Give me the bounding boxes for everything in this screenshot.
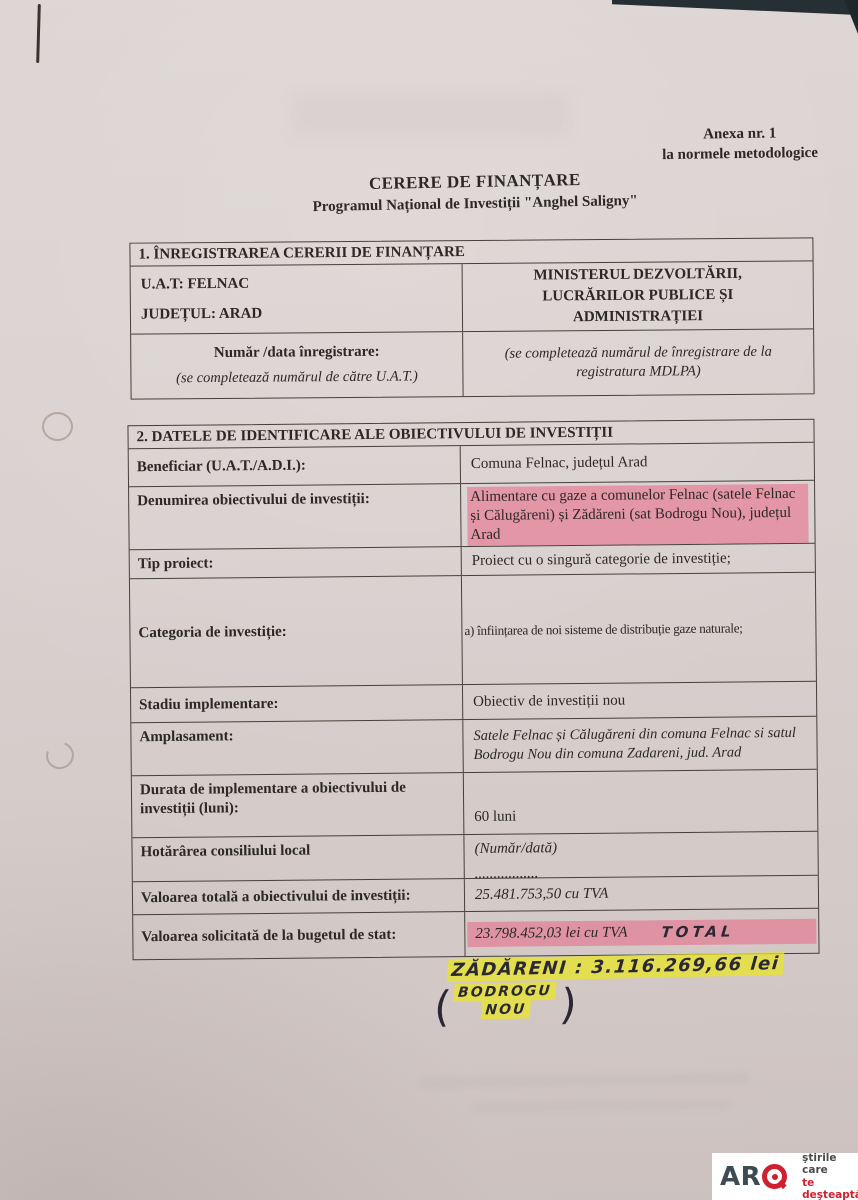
table-row-categoria: Categoria de investiție: a) înființarea … [130,573,816,689]
annex-line-2: la normele metodologice [662,143,818,165]
row-value: Obiectiv de investiții nou [463,682,816,719]
judet-value: JUDEȚUL: ARAD [141,304,262,324]
mdlpa-note: (se completează numărul de înregistrare … [483,342,793,382]
photo-edge-strip [612,0,858,15]
punch-hole [42,412,73,441]
handwritten-parenthetical: ( BODROGU NOU ) [434,975,839,1031]
open-paren: ( [432,983,452,1031]
row-value: 25.481.753,50 cu TVA [465,876,818,911]
row-label: Beneficiar (U.A.T./A.D.I.): [129,446,461,486]
q-tail [778,1180,787,1189]
table-row: U.A.T: FELNAC JUDEȚUL: ARAD MINISTERUL D… [131,261,814,334]
tagline-line-1: ştirile care [802,1152,858,1177]
handwritten-village-name: BODROGU NOU [454,983,556,1019]
row-label: Durata de implementare a obiectivului de… [132,773,465,837]
handwritten-word-nou: NOU [480,1001,530,1018]
row-value: Proiect cu o singură categorie de invest… [462,544,815,575]
arq-watermark: AR ştirile care te deşteaptă [712,1153,858,1200]
ministry-cell: MINISTERUL DEZVOLTĂRII, LUCRĂRILOR PUBLI… [463,261,814,331]
arq-brand-text: AR [720,1162,761,1192]
pen-mark [36,4,41,63]
tagline-line-2: te deşteaptă [802,1177,858,1200]
highlighted-project-name: Alimentare cu gaze a comunelor Felnac (s… [467,484,809,546]
handwritten-total-annotation: TOTAL [661,922,736,942]
uat-cell: U.A.T: FELNAC JUDEȚUL: ARAD [131,264,464,334]
arq-tagline: ştirile care te deşteaptă [802,1152,858,1200]
registration-number-cell: Număr /data înregistrare: (se completeaz… [131,332,463,399]
scanned-document-photo: Anexa nr. 1 la normele metodologice CERE… [0,0,858,1200]
arq-brand: AR [720,1162,787,1192]
bleed-through-smudge [470,1100,730,1113]
annex-label: Anexa nr. 1 la normele metodologice [662,123,818,165]
table-row-amplasament: Amplasament: Satele Felnac și Călugăreni… [131,717,816,777]
row-label: Stadiu implementare: [131,685,463,722]
uat-value: U.A.T: FELNAC [141,275,250,295]
mdlpa-registration-cell: (se completează numărul de înregistrare … [463,329,813,396]
bleed-through-smudge [420,1073,750,1088]
table-row-valoare-solicitata: Valoarea solicitată de la bugetul de sta… [133,909,818,960]
row-value: Comuna Felnac, județul Arad [461,443,814,483]
handwritten-word-bodrogu: BODROGU [454,983,557,1001]
table-row-denumire: Denumirea obiectivului de investiții: Al… [129,481,815,551]
ministry-name: MINISTERUL DEZVOLTĂRII, LUCRĂRILOR PUBLI… [473,261,804,331]
punch-hole [42,737,79,773]
document-title-block: CERERE DE FINANȚARE Programul Național d… [130,165,821,219]
arq-q-logo-icon [762,1164,787,1189]
row-value: 23.798.452,03 lei cu TVA TOTAL [465,909,818,956]
row-value: 60 luni [464,770,818,834]
section1-table: 1. ÎNREGISTRAREA CERERII DE FINANȚARE U.… [129,237,814,399]
row-label: Amplasament: [131,720,463,775]
table-row-durata: Durata de implementare a obiectivului de… [132,770,818,839]
row-value: Satele Felnac și Călugăreni din comuna F… [463,717,816,772]
row-value: a) înființarea de noi sisteme de distrib… [462,573,816,684]
row-value: Alimentare cu gaze a comunelor Felnac (s… [461,481,815,546]
row-label: Valoarea totală a obiectivului de invest… [133,879,465,914]
table-row-beneficiar: Beneficiar (U.A.T./A.D.I.): Comuna Felna… [129,443,814,488]
annex-line-1: Anexa nr. 1 [662,123,818,145]
row-label: Valoarea solicitată de la bugetul de sta… [133,912,465,959]
highlighted-amount-strip: 23.798.452,03 lei cu TVA TOTAL [467,918,816,946]
row-label: Hotărârea consiliului local [132,835,464,881]
row-value: (Număr/dată) ................. [464,832,817,878]
registration-label: Număr /data înregistrare: [214,343,380,363]
requested-amount: 23.798.452,03 lei cu TVA [475,923,627,943]
registration-note: (se completează numărul de către U.A.T.) [176,367,418,388]
handwritten-note: ZĂDĂRENI : 3.116.269,66 lei ( BODROGU NO… [447,952,838,1031]
close-paren: ) [558,980,578,1028]
row-label: Tip proiect: [130,547,462,578]
hcl-number-placeholder: (Număr/dată) [474,839,557,859]
section2-table: 2. DATELE DE IDENTIFICARE ALE OBIECTIVUL… [127,419,819,961]
bleed-through-smudge [290,92,570,138]
highlighted-word: NOU [480,1000,531,1019]
table-row-hotarare: Hotărârea consiliului local (Număr/dată)… [132,832,817,883]
row-label: Denumirea obiectivului de investiții: [129,484,462,549]
q-center-dot [772,1174,778,1180]
highlighted-word: BODROGU [454,982,557,1002]
table-row: Număr /data înregistrare: (se completeaz… [131,329,813,398]
row-label: Categoria de investiție: [130,576,463,687]
